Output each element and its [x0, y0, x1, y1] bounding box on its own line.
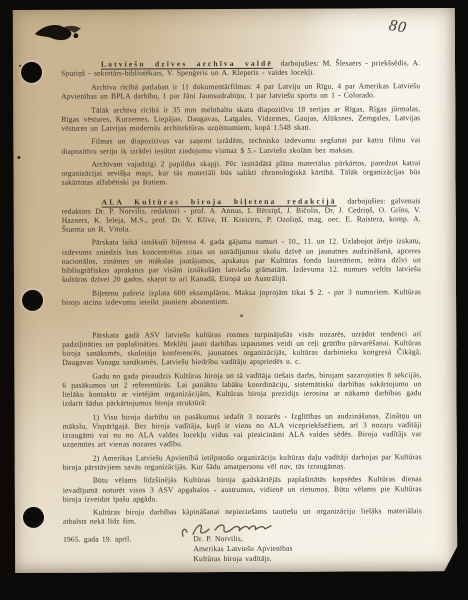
signatory-name: Dr. P. Norvilis, [193, 534, 292, 544]
paper-speck [17, 156, 20, 159]
signatory-role: Kultūras biroja vadītājs. [193, 553, 292, 563]
paragraph: Archīvam vajadzīgi 2 papildus skapji. Pē… [61, 158, 420, 187]
section-separator: * [62, 312, 421, 323]
signature-block: Dr. P. Norvilis, Amerikas Latviešu Apvie… [193, 534, 292, 563]
corner-fold [443, 543, 459, 573]
document-text: Latviešu dzīves archīva valdē darbojušie… [61, 48, 422, 564]
hole-punch [23, 507, 44, 528]
paragraph: 2) Amerikas Latviešu Apvienībā ietilpsto… [63, 452, 422, 472]
signature-row: 1965. gada 19. aprīl. Dr. P. Norvilis, A… [63, 534, 422, 564]
ink-blot [29, 18, 93, 52]
date-line: 1965. gada 19. aprīl. [63, 535, 131, 564]
paragraph-container: Latviešu dzīves archīva valdē darbojušie… [61, 58, 422, 526]
paragraph: Pārskata laikā iznākuši biļetena 4. gada… [62, 237, 421, 284]
paragraph: Būtu vēlams līdzšinējās Kultūras biroja … [63, 475, 422, 504]
page-number-annotation: 80 [387, 17, 408, 38]
paragraph: Biļetenu pašreiz izplata 600 eksemplāros… [62, 287, 421, 307]
document-page: 80 Latviešu dzīves archīva valdē darboju… [13, 8, 457, 573]
paragraph: Gadu no gada pieaudzis Kultūras biroja u… [62, 370, 421, 408]
hole-punch [22, 290, 43, 311]
paragraph: Kultūras biroja darbības kāpināšanai nep… [63, 506, 422, 526]
section-heading-paragraph: ALA Kultūras biroja biļetena redakcijā d… [62, 196, 421, 234]
paragraph: 1) Visu biroja darbību un pasākumus ieda… [63, 411, 422, 449]
section-heading-paragraph: Latviešu dzīves archīva valdē darbojušie… [61, 58, 420, 78]
hole-punch [21, 62, 42, 83]
underlined-heading: Latviešu dzīves archīva valdē [101, 59, 273, 69]
signatory-org: Amerikas Latviešu Apvienības [193, 544, 292, 554]
paragraph: Tālāk archīva rīcībā ir 35 mm melnbaltu … [61, 104, 420, 133]
paragraph: Archīva rīcībā patlaban ir 11 dokumentār… [61, 81, 420, 101]
paragraph: Pārskata gadā ASV latviešu kultūras rosm… [62, 329, 421, 367]
paper-speck [19, 65, 21, 67]
underlined-heading: ALA Kultūras biroja biļetena redakcijā [102, 196, 337, 206]
paragraph: Filmas un diapozitīvus var saņemt izrādē… [61, 136, 420, 156]
